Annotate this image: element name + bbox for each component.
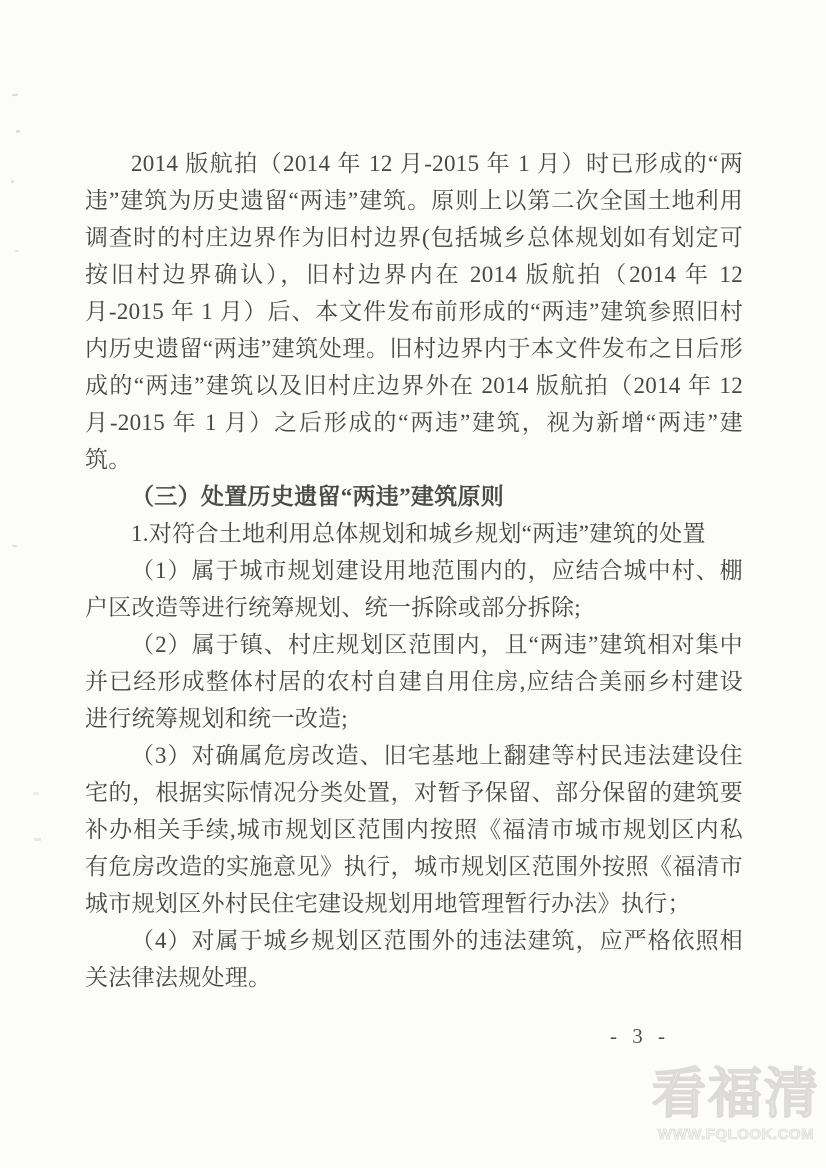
watermark-logo-text: 看福清 <box>650 1066 822 1123</box>
watermark: 看福清 WWW.FQLOOK.COM <box>650 1066 822 1143</box>
paragraph-historic-two-violations-definition: 2014 版航拍（2014 年 12 月-2015 年 1 月）时已形成的“两违… <box>85 145 743 478</box>
page-number: - 3 - <box>575 1024 705 1049</box>
scan-speck <box>12 545 17 548</box>
scan-speck <box>34 838 41 841</box>
scan-speck <box>16 130 20 133</box>
scan-speck <box>12 94 18 97</box>
scan-speck <box>33 792 39 795</box>
document-body: 2014 版航拍（2014 年 12 月-2015 年 1 月）时已形成的“两违… <box>85 145 743 996</box>
paragraph-item-2-town-village-area: （2）属于镇、村庄规划区范围内，且“两违”建筑相对集中并已经形成整体村居的农村自… <box>85 626 743 737</box>
paragraph-item-1-urban-planning-area: （1）属于城市规划建设用地范围内的，应结合城中村、棚户区改造等进行统筹规划、统一… <box>85 552 743 626</box>
scan-speck <box>11 180 14 183</box>
paragraph-item-4-outside-planning-area: （4）对属于城乡规划区范围外的违法建筑，应严格依照相关法律法规处理。 <box>85 922 743 996</box>
scanned-document-page: 2014 版航拍（2014 年 12 月-2015 年 1 月）时已形成的“两违… <box>0 0 826 1168</box>
paragraph-item-3-dangerous-house-rebuild: （3）对确属危房改造、旧宅基地上翻建等村民违法建设住宅的，根据实际情况分类处置，… <box>85 737 743 922</box>
watermark-url-text: WWW.FQLOOK.COM <box>650 1126 822 1143</box>
subsection-heading-compliant-buildings: 1.对符合土地利用总体规划和城乡规划“两违”建筑的处置 <box>85 515 743 552</box>
section-heading-disposal-principles: （三）处置历史遗留“两违”建筑原则 <box>85 478 743 515</box>
scan-speck <box>15 250 19 252</box>
